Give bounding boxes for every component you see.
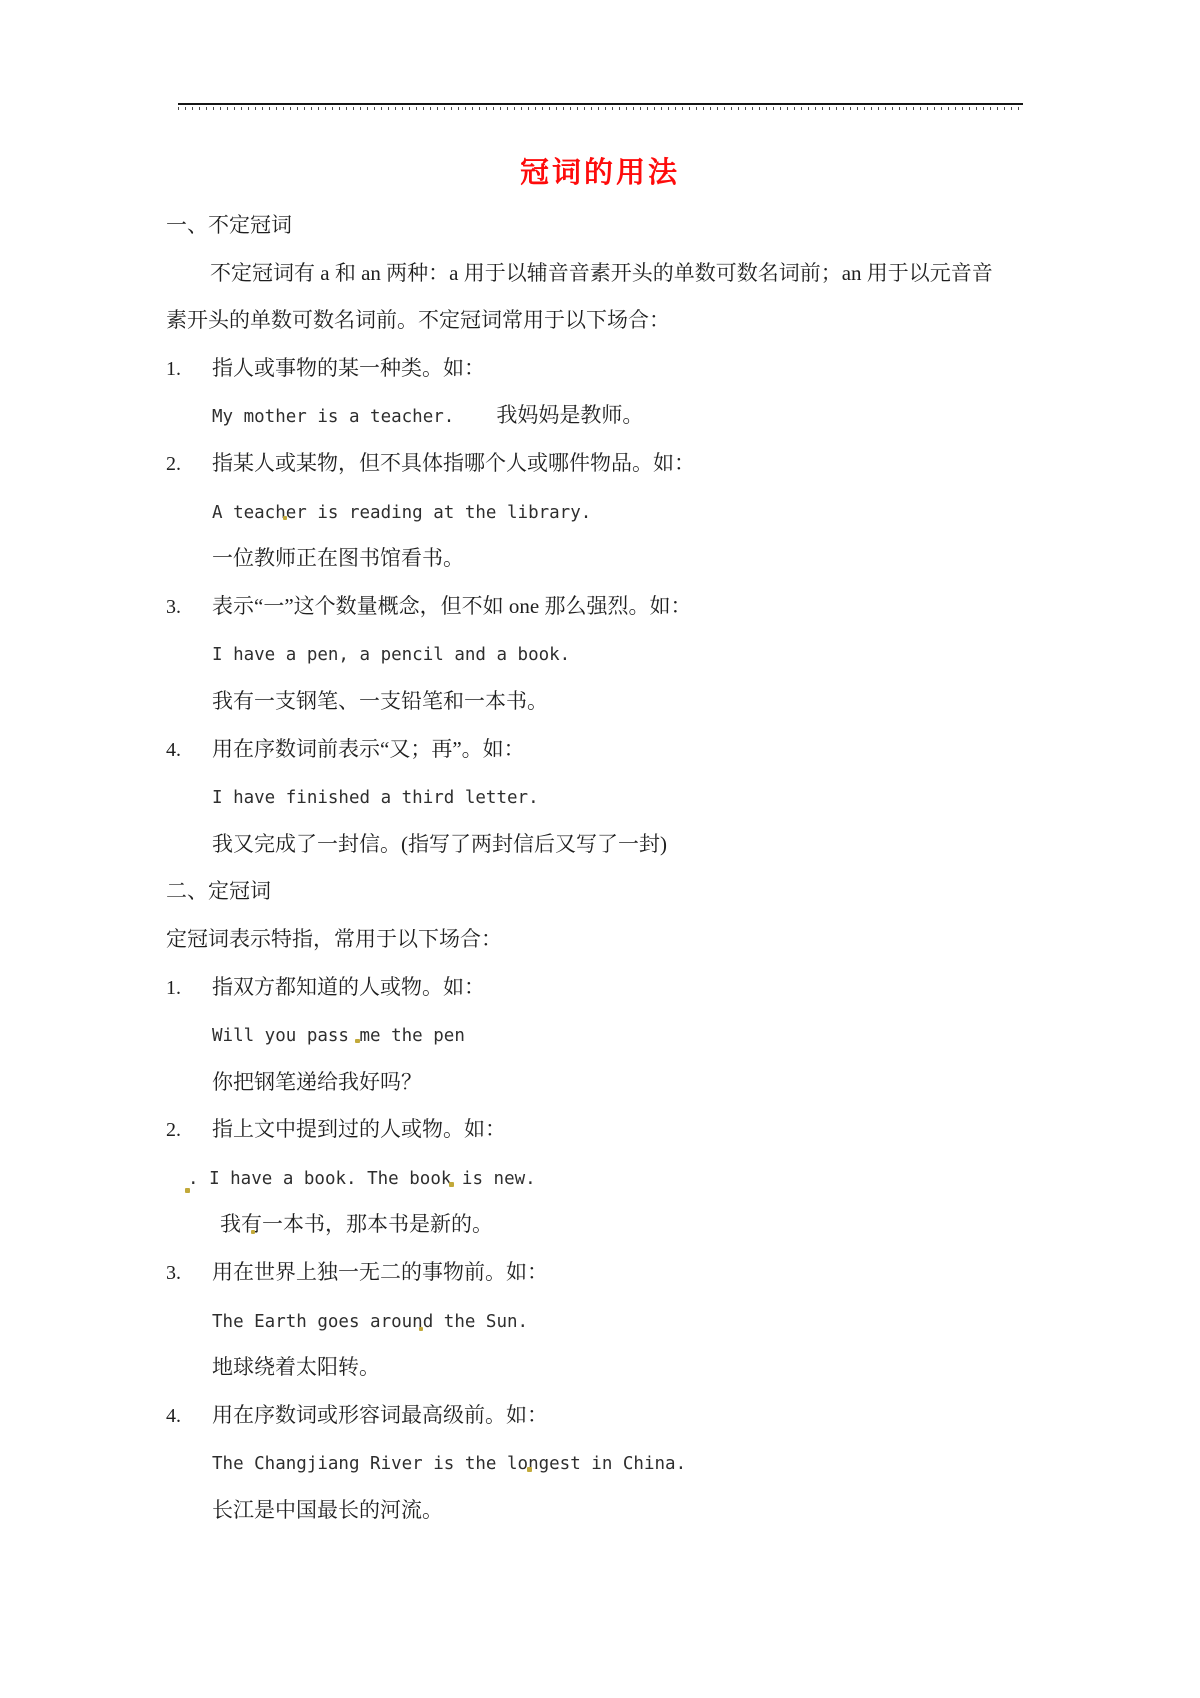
example-translation: 长江是中国最长的河流。 (166, 1487, 1086, 1535)
example-line: Will you pass me the pen (166, 1011, 1086, 1059)
example-line: The Changjiang River is the longest in C… (166, 1439, 1086, 1487)
item-number: 4. (166, 1393, 212, 1441)
example-english: A teacher is reading at the library. (212, 503, 591, 523)
page-title: 冠词的用法 (0, 150, 1200, 191)
item-number: 1. (166, 965, 212, 1013)
example-line: . I have a book. The book is new. (166, 1154, 1086, 1202)
item-rule-text: 指某人或某物，但不具体指哪个人或哪件物品。如： (212, 451, 695, 475)
spellcheck-artifact (419, 1327, 423, 1331)
numbered-item: 4.用在序数词或形容词最高级前。如： (166, 1392, 1086, 1440)
spellcheck-artifact (449, 1182, 454, 1187)
example-english: . I have a book. The book is new. (188, 1169, 536, 1189)
spellcheck-artifact (283, 516, 287, 520)
item-rule-text: 指上文中提到过的人或物。如： (212, 1117, 506, 1141)
example-translation: 一位教师正在图书馆看书。 (166, 535, 1086, 583)
section-heading: 一、不定冠词 (166, 202, 1086, 250)
document-body: 一、不定冠词 不定冠词有 a 和 an 两种：a 用于以辅音音素开头的单数可数名… (166, 202, 1086, 1535)
example-translation: 我又完成了一封信。(指写了两封信后又写了一封) (166, 821, 1086, 869)
paragraph-line: 素开头的单数可数名词前。不定冠词常用于以下场合： (166, 297, 1086, 345)
example-english: The Earth goes around the Sun. (212, 1312, 528, 1332)
example-translation: 我有一支钢笔、一支铅笔和一本书。 (166, 678, 1086, 726)
example-line: A teacher is reading at the library. (166, 488, 1086, 536)
example-english: The Changjiang River is the longest in C… (212, 1454, 686, 1474)
paragraph-line: 定冠词表示特指，常用于以下场合： (166, 916, 1086, 964)
item-number: 4. (166, 727, 212, 775)
example-line: The Earth goes around the Sun. (166, 1297, 1086, 1345)
numbered-item: 3.用在世界上独一无二的事物前。如： (166, 1249, 1086, 1297)
item-rule-text: 用在序数词前表示“又；再”。如： (212, 737, 525, 761)
item-rule-text: 指双方都知道的人或物。如： (212, 975, 485, 999)
example-line: I have finished a third letter. (166, 773, 1086, 821)
item-number: 3. (166, 1250, 212, 1298)
item-number: 3. (166, 584, 212, 632)
example-english: I have finished a third letter. (212, 788, 539, 808)
item-rule-text: 指人或事物的某一种类。如： (212, 356, 485, 380)
item-number: 1. (166, 346, 212, 394)
example-english: Will you pass me the pen (212, 1026, 465, 1046)
numbered-item: 1.指双方都知道的人或物。如： (166, 964, 1086, 1012)
example-translation: 你把钢笔递给我好吗？ (166, 1059, 1086, 1107)
spellcheck-artifact (251, 1230, 255, 1234)
section-heading: 二、定冠词 (166, 868, 1086, 916)
header-divider-line (178, 103, 1023, 110)
item-rule-text: 表示“一”这个数量概念，但不如 one 那么强烈。如： (212, 594, 691, 618)
spellcheck-artifact (527, 1467, 532, 1472)
example-english: My mother is a teacher. (212, 407, 454, 427)
numbered-item: 2.指某人或某物，但不具体指哪个人或哪件物品。如： (166, 440, 1086, 488)
example-line: I have a pen, a pencil and a book. (166, 630, 1086, 678)
item-number: 2. (166, 1107, 212, 1155)
example-chinese: 我妈妈是教师。 (496, 403, 643, 427)
example-english: I have a pen, a pencil and a book. (212, 645, 570, 665)
item-number: 2. (166, 441, 212, 489)
example-translation: 我有一本书，那本书是新的。 (166, 1201, 1086, 1249)
document-page: 冠词的用法 一、不定冠词 不定冠词有 a 和 an 两种：a 用于以辅音音素开头… (0, 0, 1200, 1698)
paragraph-line: 不定冠词有 a 和 an 两种：a 用于以辅音音素开头的单数可数名词前；an 用… (166, 250, 1086, 298)
item-rule-text: 用在世界上独一无二的事物前。如： (212, 1260, 548, 1284)
numbered-item: 2.指上文中提到过的人或物。如： (166, 1106, 1086, 1154)
numbered-item: 3.表示“一”这个数量概念，但不如 one 那么强烈。如： (166, 583, 1086, 631)
numbered-item: 4.用在序数词前表示“又；再”。如： (166, 726, 1086, 774)
item-rule-text: 用在序数词或形容词最高级前。如： (212, 1403, 548, 1427)
spellcheck-artifact (355, 1039, 360, 1043)
spellcheck-artifact (185, 1188, 190, 1193)
example-line: My mother is a teacher.我妈妈是教师。 (166, 392, 1086, 440)
example-translation: 地球绕着太阳转。 (166, 1344, 1086, 1392)
numbered-item: 1.指人或事物的某一种类。如： (166, 345, 1086, 393)
